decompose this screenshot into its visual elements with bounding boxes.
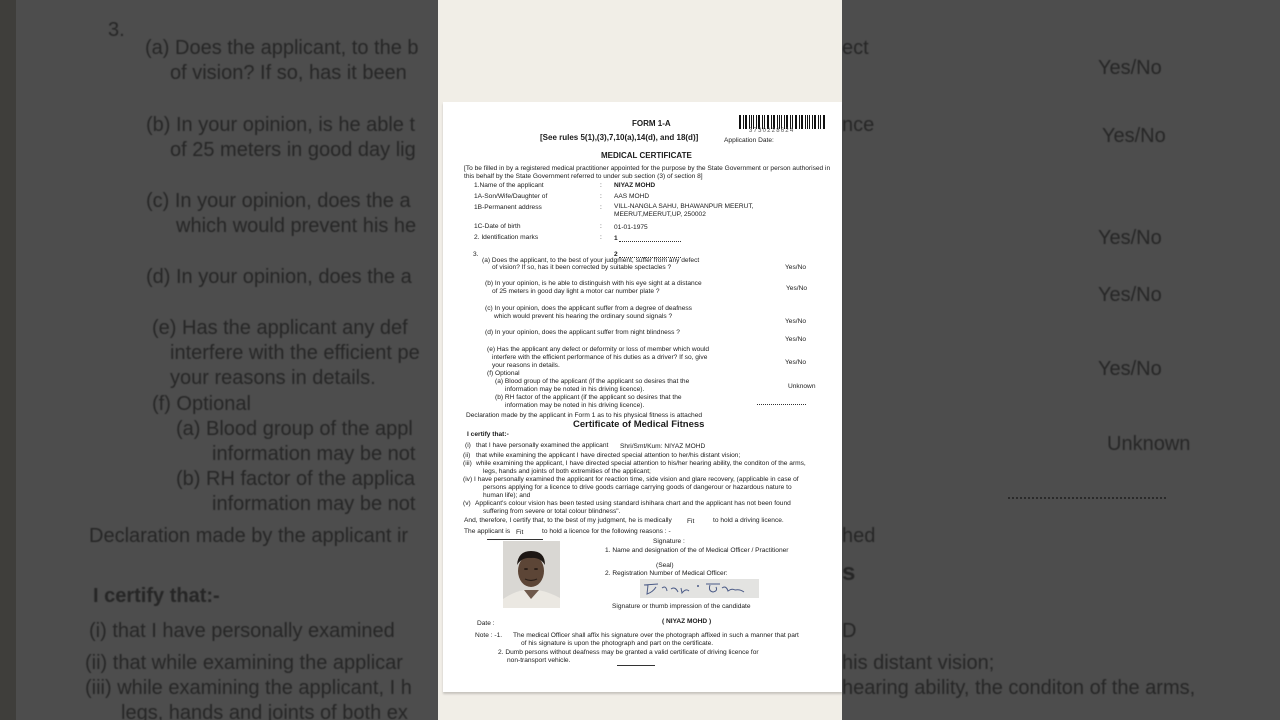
- bg-line: of 25 meters in good day lig: [170, 138, 416, 163]
- colon: :: [600, 234, 602, 242]
- officer-name-label: 1. Name and designation of the of Medica…: [605, 547, 789, 555]
- document-viewer: FORM 1-A [See rules 5(1),(3),7,10(a),14(…: [438, 0, 842, 720]
- certify-item-4-line3: human life); and: [483, 492, 530, 500]
- bg-answer: Yes/No: [1098, 283, 1162, 308]
- bg-line: legs, hands and joints of both ex: [121, 701, 408, 720]
- field-value-name: NIYAZ MOHD: [614, 182, 655, 190]
- registration-number-label: 2. Registration Number of Medical Office…: [605, 570, 728, 578]
- bg-line: which would prevent his he: [176, 214, 416, 239]
- certify-item-num: (ii): [463, 452, 470, 460]
- certify-heading: I certify that:-: [467, 431, 509, 439]
- question-a-answer: Yes/No: [785, 264, 806, 272]
- seal-label: (Seal): [656, 562, 674, 570]
- bg-answer: Unknown: [1107, 432, 1190, 457]
- certificate-page: FORM 1-A [See rules 5(1),(3),7,10(a),14(…: [443, 102, 842, 692]
- optional-b-line1: (b) RH factor of the applicant (if the a…: [495, 394, 682, 402]
- note-1-line1: The medical Officer shall affix his sign…: [513, 632, 799, 640]
- bg-line: (d) In your opinion, does the a: [146, 265, 412, 290]
- field-value-address-line1: VILL-NANGLA SAHU, BHAWANPUR MEERUT,: [614, 203, 753, 211]
- bg-dotted-line: [1008, 497, 1166, 499]
- examined-applicant-name: Shri/Smt/Kum: NIYAZ MOHD: [620, 443, 705, 451]
- colon: :: [600, 193, 602, 201]
- colon: :: [600, 182, 602, 190]
- question-d-line1: (d) In your opinion, does the applicant …: [485, 329, 680, 337]
- date-label: Date :: [477, 620, 495, 628]
- certify-item-4-line2: persons applying for a licence to drive …: [483, 484, 792, 492]
- candidate-signature-caption: Signature or thumb impression of the can…: [612, 603, 751, 611]
- bg-line: (i) that I have personally examined: [89, 619, 395, 644]
- question-e-line1: (e) Has the applicant any defect or defo…: [487, 346, 709, 354]
- bg-line: ect: [842, 36, 869, 61]
- section-number: 3.: [473, 251, 479, 259]
- certify-item-4-line1: I have personally examined the applicant…: [474, 476, 799, 484]
- field-label-address: 1B-Permanent address: [474, 204, 542, 212]
- reason-underline: [487, 539, 543, 540]
- barcode-icon: [739, 115, 829, 129]
- bg-line: (a) Blood group of the appl: [176, 417, 413, 442]
- certify-item-num: (iv): [463, 476, 472, 484]
- optional-a-line2: information may be noted in his driving …: [505, 386, 644, 394]
- note-prefix: Note : -1.: [475, 632, 502, 640]
- certify-item-3-line2: legs, hands and joints of both extremiti…: [483, 468, 651, 476]
- form-title: FORM 1-A: [632, 120, 671, 128]
- certify-item-5-line1: Applicant's colour vision has been teste…: [475, 500, 791, 508]
- conclusion-text: And, therefore, I certify that, to the b…: [464, 517, 672, 525]
- bg-answer: Yes/No: [1098, 357, 1162, 382]
- colon: :: [600, 204, 602, 212]
- reason-fit-value: Fit: [516, 529, 523, 537]
- certify-item-2: that while examining the applicant I hav…: [476, 452, 740, 460]
- question-e-answer: Yes/No: [785, 359, 806, 367]
- bg-line: your reasons in details.: [170, 366, 376, 391]
- bg-line: hearing ability, the conditon of the arm…: [842, 676, 1195, 701]
- bg-line: interfere with the efficient pe: [170, 341, 420, 366]
- conclusion-fit-value: Fit: [687, 518, 694, 526]
- bg-line: information may be not: [212, 492, 415, 517]
- certify-item-num: (v): [463, 500, 471, 508]
- optional-a-line1: (a) Blood group of the applicant (if the…: [495, 378, 689, 386]
- bg-line: D: [842, 619, 856, 644]
- field-value-relation: AAS MOHD: [614, 193, 649, 201]
- bg-line: (f) Optional: [152, 392, 251, 417]
- barcode-number: 3730228624: [749, 128, 794, 136]
- bg-line: 3.: [108, 18, 125, 43]
- bg-line: hed: [842, 524, 875, 549]
- bg-line: (ii) that while examining the applicar: [85, 651, 403, 676]
- reason-text: The applicant is: [464, 528, 510, 536]
- certificate-title: MEDICAL CERTIFICATE: [601, 152, 692, 160]
- certify-item-5-line2: suffering from severe or total colour bl…: [483, 508, 620, 516]
- note-2-line2: non-transport vehicle.: [507, 657, 570, 665]
- field-label-name: 1.Name of the applicant: [474, 182, 544, 190]
- note-2-line1: 2. Dumb persons without deafness may be …: [498, 649, 759, 657]
- colon: :: [600, 223, 602, 231]
- question-e-line2: interfere with the efficient performance…: [492, 354, 707, 362]
- question-b-answer: Yes/No: [786, 285, 807, 293]
- signature-label: Signature :: [653, 538, 685, 546]
- question-d-answer: Yes/No: [785, 336, 806, 344]
- optional-b-line2: information may be noted in his driving …: [505, 402, 644, 410]
- bg-line: I certify that:-: [93, 584, 220, 609]
- applicant-photo: [503, 541, 560, 608]
- bg-line: his distant vision;: [842, 651, 994, 676]
- bg-line: nce: [842, 113, 874, 138]
- certify-item-1: that I have personally examined the appl…: [476, 442, 608, 450]
- conclusion-suffix: to hold a driving licence.: [713, 517, 784, 525]
- candidate-signature-image: [640, 579, 759, 598]
- bg-line: (b) RH factor of the applica: [176, 467, 415, 492]
- certify-item-num: (iii): [463, 460, 472, 468]
- rules-reference: [See rules 5(1),(3),7,10(a),14(d), and 1…: [540, 134, 698, 142]
- application-date-label: Application Date:: [724, 137, 774, 145]
- note-underline: [617, 665, 655, 666]
- question-c-answer: Yes/No: [785, 318, 806, 326]
- bg-line: information may be not: [212, 442, 415, 467]
- reason-suffix: to hold a licence for the following reas…: [542, 528, 671, 536]
- field-value-dob: 01-01-1975: [614, 224, 648, 232]
- question-b-line2: of 25 meters in good day light a motor c…: [492, 288, 660, 296]
- fitness-title: Certificate of Medical Fitness: [573, 421, 704, 429]
- field-label-relation: 1A-Son/Wife/Daughter of: [474, 193, 547, 201]
- question-c-line2: which would prevent his hearing the ordi…: [494, 313, 672, 321]
- bg-line: (b) In your opinion, is he able t: [146, 113, 415, 138]
- field-value-address-line2: MEERUT,MEERUT,UP, 250002: [614, 211, 706, 219]
- dotted-line: [619, 241, 681, 242]
- candidate-name: ( NIYAZ MOHD ): [662, 618, 711, 626]
- bg-answer: Yes/No: [1102, 124, 1166, 149]
- bg-answer: Yes/No: [1098, 226, 1162, 251]
- bg-line: (a) Does the applicant, to the b: [145, 36, 419, 61]
- question-c-line1: (c) In your opinion, does the applicant …: [485, 305, 692, 313]
- certify-item-num: (i): [465, 442, 471, 450]
- question-b-line1: (b) In your opinion, is he able to disti…: [485, 280, 702, 288]
- rh-factor-dotted-line: [757, 404, 806, 405]
- question-e-line3: your reasons in details.: [492, 362, 560, 370]
- certify-item-3-line1: while examining the applicant, I have di…: [476, 460, 806, 468]
- intro-text: [To be filled in by a registered medical…: [464, 165, 839, 180]
- question-a-line2: of vision? If so, has it been corrected …: [492, 264, 671, 272]
- bg-line: (iii) while examining the applicant, I h: [85, 676, 412, 701]
- blood-group-answer: Unknown: [788, 383, 816, 391]
- optional-heading: (f) Optional: [487, 370, 520, 378]
- background-edge: [0, 0, 16, 720]
- bg-line: of vision? If so, has it been: [170, 61, 407, 86]
- identification-mark-1: 1: [614, 235, 618, 243]
- bg-answer: Yes/No: [1098, 56, 1162, 81]
- bg-line: Declaration made by the applicant ir: [89, 524, 408, 549]
- bg-line: s: [842, 560, 855, 585]
- bg-line: (c) In your opinion, does the a: [146, 189, 411, 214]
- field-label-dob: 1C-Date of birth: [474, 223, 521, 231]
- field-label-identification: 2. Identification marks: [474, 234, 538, 242]
- note-1-line2: of his signature is upon the photograph …: [521, 640, 713, 648]
- bg-line: (e) Has the applicant any def: [152, 316, 408, 341]
